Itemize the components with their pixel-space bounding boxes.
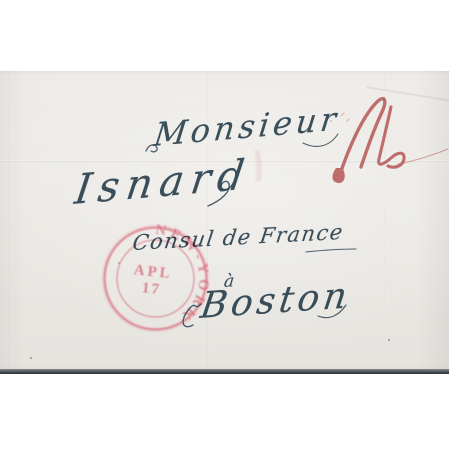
title-tail-flourish — [306, 249, 356, 252]
photo-stage: NEW-YORK APL 17 Monsieur Isnard Consul d… — [0, 0, 452, 452]
rate-marking-specks — [341, 113, 349, 121]
salutation-lead-flourish — [146, 145, 157, 152]
rate-marking-blob — [332, 168, 344, 183]
city-tail-flourish — [318, 305, 346, 318]
name-tail-flourish — [208, 181, 229, 206]
pen-flourishes — [146, 134, 356, 327]
rate-marking-stroke-1 — [339, 99, 385, 177]
manuscript-rate-marking — [332, 99, 448, 183]
rate-marking-stroke-2 — [379, 107, 404, 167]
city-lead-flourish — [183, 304, 201, 327]
salutation-tail-flourish — [303, 134, 338, 146]
flourish-and-rate-layer — [0, 0, 452, 452]
